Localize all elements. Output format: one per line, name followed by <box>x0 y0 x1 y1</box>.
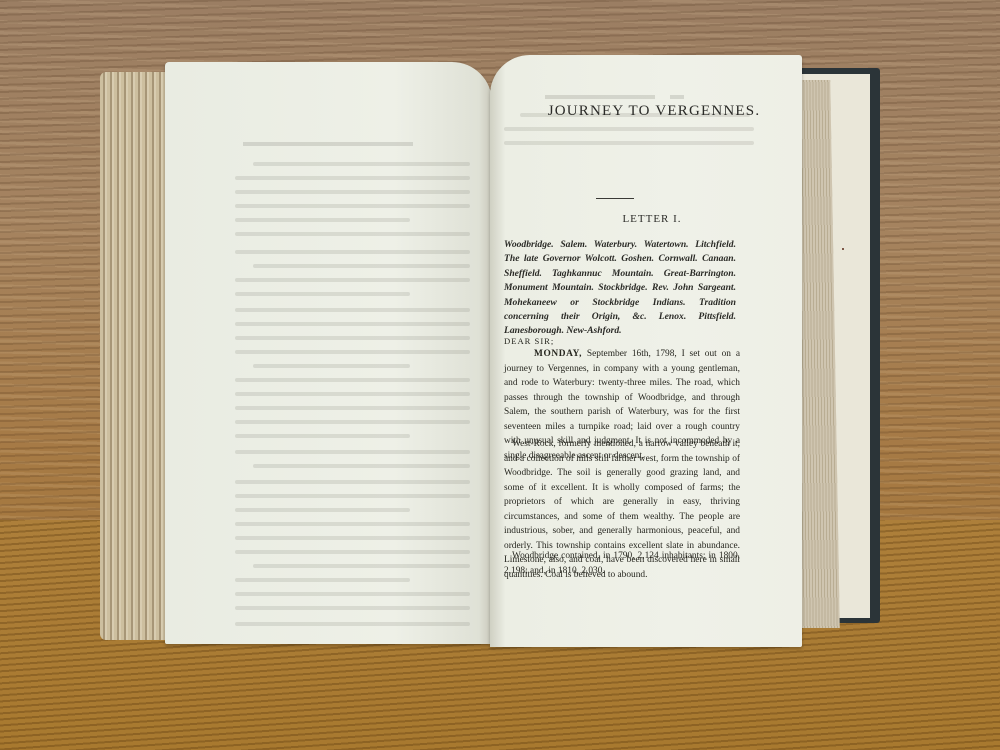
ghost-line <box>235 606 470 610</box>
ghost-line <box>235 420 470 424</box>
ghost-running-head <box>545 95 655 99</box>
ghost-line <box>504 141 754 145</box>
ghost-line <box>235 336 470 340</box>
ghost-line <box>253 264 470 268</box>
ghost-line <box>235 308 470 312</box>
speck <box>842 248 844 250</box>
left-page <box>165 62 492 644</box>
letter-heading: LETTER I. <box>490 213 802 225</box>
ghost-line <box>235 190 470 194</box>
ghost-line <box>235 250 470 254</box>
ghost-line <box>235 392 470 396</box>
paragraph-lead: MONDAY, <box>534 349 582 359</box>
ghost-line <box>253 162 470 166</box>
ghost-line <box>253 364 410 368</box>
ghost-line <box>235 218 410 222</box>
ghost-line <box>235 480 470 484</box>
ghost-line <box>235 522 470 526</box>
ghost-line <box>235 494 470 498</box>
ghost-line <box>235 406 470 410</box>
ghost-line <box>235 378 470 382</box>
chapter-summary: Woodbridge. Salem. Waterbury. Watertown.… <box>504 238 736 339</box>
ghost-line <box>235 176 470 180</box>
ghost-line <box>235 450 470 454</box>
ghost-running-head <box>243 142 413 146</box>
ghost-line <box>253 564 470 568</box>
ghost-line <box>235 322 470 326</box>
ghost-line <box>235 536 470 540</box>
ghost-line <box>235 550 470 554</box>
ghost-line <box>235 232 470 236</box>
title-rule <box>596 198 634 199</box>
paragraph-3: Woodbridge contained, in 1790, 2,124 inh… <box>504 549 740 578</box>
ghost-page-number <box>670 95 684 99</box>
ghost-line <box>504 127 754 131</box>
ghost-line <box>253 464 470 468</box>
salutation: DEAR SIR; <box>504 336 554 346</box>
ghost-line <box>235 622 470 626</box>
ghost-line <box>235 350 470 354</box>
ghost-line <box>235 578 410 582</box>
ghost-line <box>235 434 410 438</box>
ghost-line <box>235 292 410 296</box>
ghost-line <box>235 278 470 282</box>
ghost-line <box>235 508 410 512</box>
ghost-line <box>235 592 470 596</box>
chapter-title: JOURNEY TO VERGENNES. <box>490 103 802 120</box>
ghost-line <box>235 204 470 208</box>
